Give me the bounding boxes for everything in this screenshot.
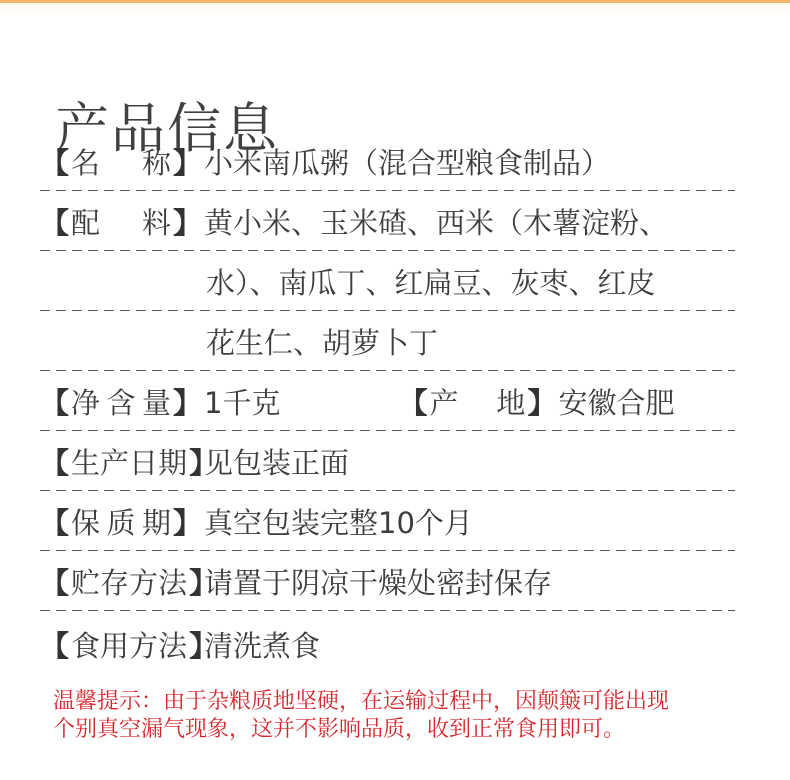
value-production-date: 见包装正面 <box>202 441 349 482</box>
value-product-name: 小米南瓜粥（混合型粮食制品） <box>202 141 610 182</box>
label-ingredients: 【 配 料 】 <box>40 201 202 242</box>
row-product-name: 【 名 称 】 小米南瓜粥（混合型粮食制品） <box>40 131 735 191</box>
row-production-date: 【 生 产 日 期 】 见包装正面 <box>40 431 735 491</box>
label-net-content: 【 净 含 量 】 <box>40 381 202 422</box>
bracket-open: 【 <box>40 141 69 182</box>
row-ingredients-cont-2: 花生仁、胡萝卜丁 <box>40 311 735 371</box>
value-usage: 清洗煮食 <box>202 624 320 665</box>
label-usage: 【 食 用 方 法 】 <box>40 624 202 665</box>
row-storage: 【 贮 存 方 法 】 请置于阴凉干燥处密封保存 <box>40 551 735 611</box>
value-ingredients-line-3: 花生仁、胡萝卜丁 <box>204 321 438 362</box>
value-net-content: 1千克 <box>202 381 280 422</box>
origin-field: 【 产 地 】 安徽合肥 <box>398 381 674 422</box>
row-net-content-origin: 【 净 含 量 】 1千克 【 产 地 】 安徽合肥 <box>40 371 735 431</box>
row-usage: 【 食 用 方 法 】 清洗煮食 <box>40 611 735 677</box>
value-ingredients-line-1: 黄小米、玉米碴、西米（木薯淀粉、 <box>202 201 668 242</box>
row-ingredients-cont-1: 水）、南瓜丁、红扁豆、灰枣、红皮 <box>40 251 735 311</box>
value-origin: 安徽合肥 <box>556 381 674 422</box>
label-storage: 【 贮 存 方 法 】 <box>40 561 202 602</box>
row-ingredients: 【 配 料 】 黄小米、玉米碴、西米（木薯淀粉、 <box>40 191 735 251</box>
bracket-close: 】 <box>173 141 202 182</box>
warm-tip-line-2: 个别真空漏气现象，这并不影响品质，收到正常食用即可。 <box>53 716 753 744</box>
warm-tip-line-1: 温馨提示：由于杂粮质地坚硬，在运输过程中，因颠簸可能出现 <box>53 688 753 716</box>
label-shelf-life: 【 保 质 期 】 <box>40 501 202 542</box>
value-ingredients-line-2: 水）、南瓜丁、红扁豆、灰枣、红皮 <box>204 261 656 302</box>
value-shelf-life: 真空包装完整10个月 <box>202 501 473 542</box>
label-product-name: 【 名 称 】 <box>40 141 202 182</box>
warm-tip-note: 温馨提示：由于杂粮质地坚硬，在运输过程中，因颠簸可能出现 个别真空漏气现象，这并… <box>53 688 753 744</box>
row-shelf-life: 【 保 质 期 】 真空包装完整10个月 <box>40 491 735 551</box>
label-origin: 【 产 地 】 <box>398 381 556 422</box>
product-info-table: 【 名 称 】 小米南瓜粥（混合型粮食制品） 【 配 料 】 黄小米、玉米碴、西… <box>40 131 735 677</box>
top-accent-fade <box>0 3 790 15</box>
value-storage: 请置于阴凉干燥处密封保存 <box>202 561 552 602</box>
label-production-date: 【 生 产 日 期 】 <box>40 441 202 482</box>
